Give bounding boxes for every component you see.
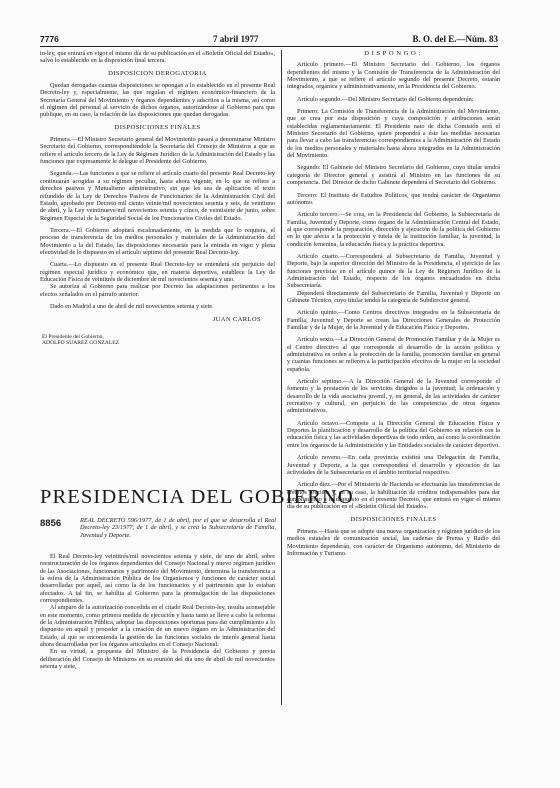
preamble-paragraph: En su virtud, a propuesta del Ministro d… — [40, 648, 275, 670]
final-provision: Se autoriza al Gobierno para realizar po… — [40, 283, 275, 298]
finales-heading-right: DISPOSICIONES FINALES — [287, 516, 500, 523]
continuation-text: to-ley, que entrará en vigor el mismo dí… — [40, 50, 275, 65]
article: Artículo quinto.—Como Centros directivos… — [287, 309, 500, 331]
page-number: 7776 — [40, 34, 59, 44]
article: Artículo séptimo.—A la Dirección General… — [287, 378, 500, 415]
publication-issue: B. O. del E.—Núm. 83 — [412, 34, 498, 44]
decree-title: REAL DECRETO 596/1977, de 1 de abril, po… — [80, 517, 276, 539]
article: Artículo diez.—Por el Ministerio de Haci… — [287, 481, 500, 510]
article-item: Segundo: El Gabinete del Ministro Secret… — [287, 164, 500, 186]
derogatoria-heading: DISPOSICION DEROGATORIA — [40, 70, 275, 77]
finales-heading: DISPOSICIONES FINALES — [40, 124, 275, 131]
signature-king: JUAN CARLOS — [40, 316, 275, 323]
article-item: Tercero: El Instituto de Estudios Políti… — [287, 192, 500, 207]
preamble-paragraph: Al amparo de la autorización concedida e… — [40, 604, 275, 648]
decree-number: 8856 — [40, 517, 80, 539]
article: Artículo noveno.—En cada provincia exist… — [287, 454, 500, 476]
article-item: Primero: La Comisión de Transferencia de… — [287, 108, 500, 159]
dado-text: Dado en Madrid a uno de abril de mil nov… — [40, 303, 275, 310]
article: Artículo segundo.—Del Ministro Secretari… — [287, 96, 500, 103]
signature-president: El Presidente del Gobierno, ADOLFO SUARE… — [40, 334, 275, 346]
dispongo-heading: DISPONGO: — [287, 50, 500, 57]
final-provision: Tercera.—El Gobierno adoptará escalonada… — [40, 227, 275, 256]
article: Artículo cuarto.—Corresponderá al Subsec… — [287, 253, 500, 290]
preamble-paragraph: El Real Decreto-ley veintitrés/mil novec… — [40, 553, 275, 604]
final-provision: Cuarta.—Lo dispuesto en el presente Real… — [40, 261, 275, 283]
final-provision: Primera.—El Ministro Secretario general … — [40, 136, 275, 165]
article: Artículo octavo.—Compete a la Dirección … — [287, 420, 500, 449]
right-column: DISPONGO: Artículo primero.—El Ministro … — [287, 50, 500, 557]
article: Artículo sexto.—La Dirección General de … — [287, 336, 500, 373]
page-header: 7776 7 abril 1977 B. O. del E.—Núm. 83 — [40, 30, 498, 47]
article: Artículo primero.—El Ministro Secretario… — [287, 61, 500, 90]
left-column: to-ley, que entrará en vigor el mismo dí… — [40, 50, 275, 346]
decree-header: 8856 REAL DECRETO 596/1977, de 1 de abri… — [40, 517, 276, 539]
article: Dependerá directamente del Subsecretario… — [287, 290, 500, 305]
derogatoria-text: Quedan derogadas cuantas disposiciones s… — [40, 82, 275, 119]
final-provision: Segunda.—Las funciones a que se refiere … — [40, 170, 275, 221]
column-divider — [281, 50, 282, 705]
section-title: PRESIDENCIA DEL GOBIERNO — [40, 486, 278, 509]
article: Artículo tercero.—Se crea, en la Preside… — [287, 211, 500, 248]
president-name: ADOLFO SUAREZ GONZALEZ — [42, 340, 275, 346]
decree-preamble: El Real Decreto-ley veintitrés/mil novec… — [40, 553, 275, 671]
issue-date: 7 abril 1977 — [213, 34, 259, 44]
final-provision: Primera.—Hasta que se adopte una nueva o… — [287, 528, 500, 557]
